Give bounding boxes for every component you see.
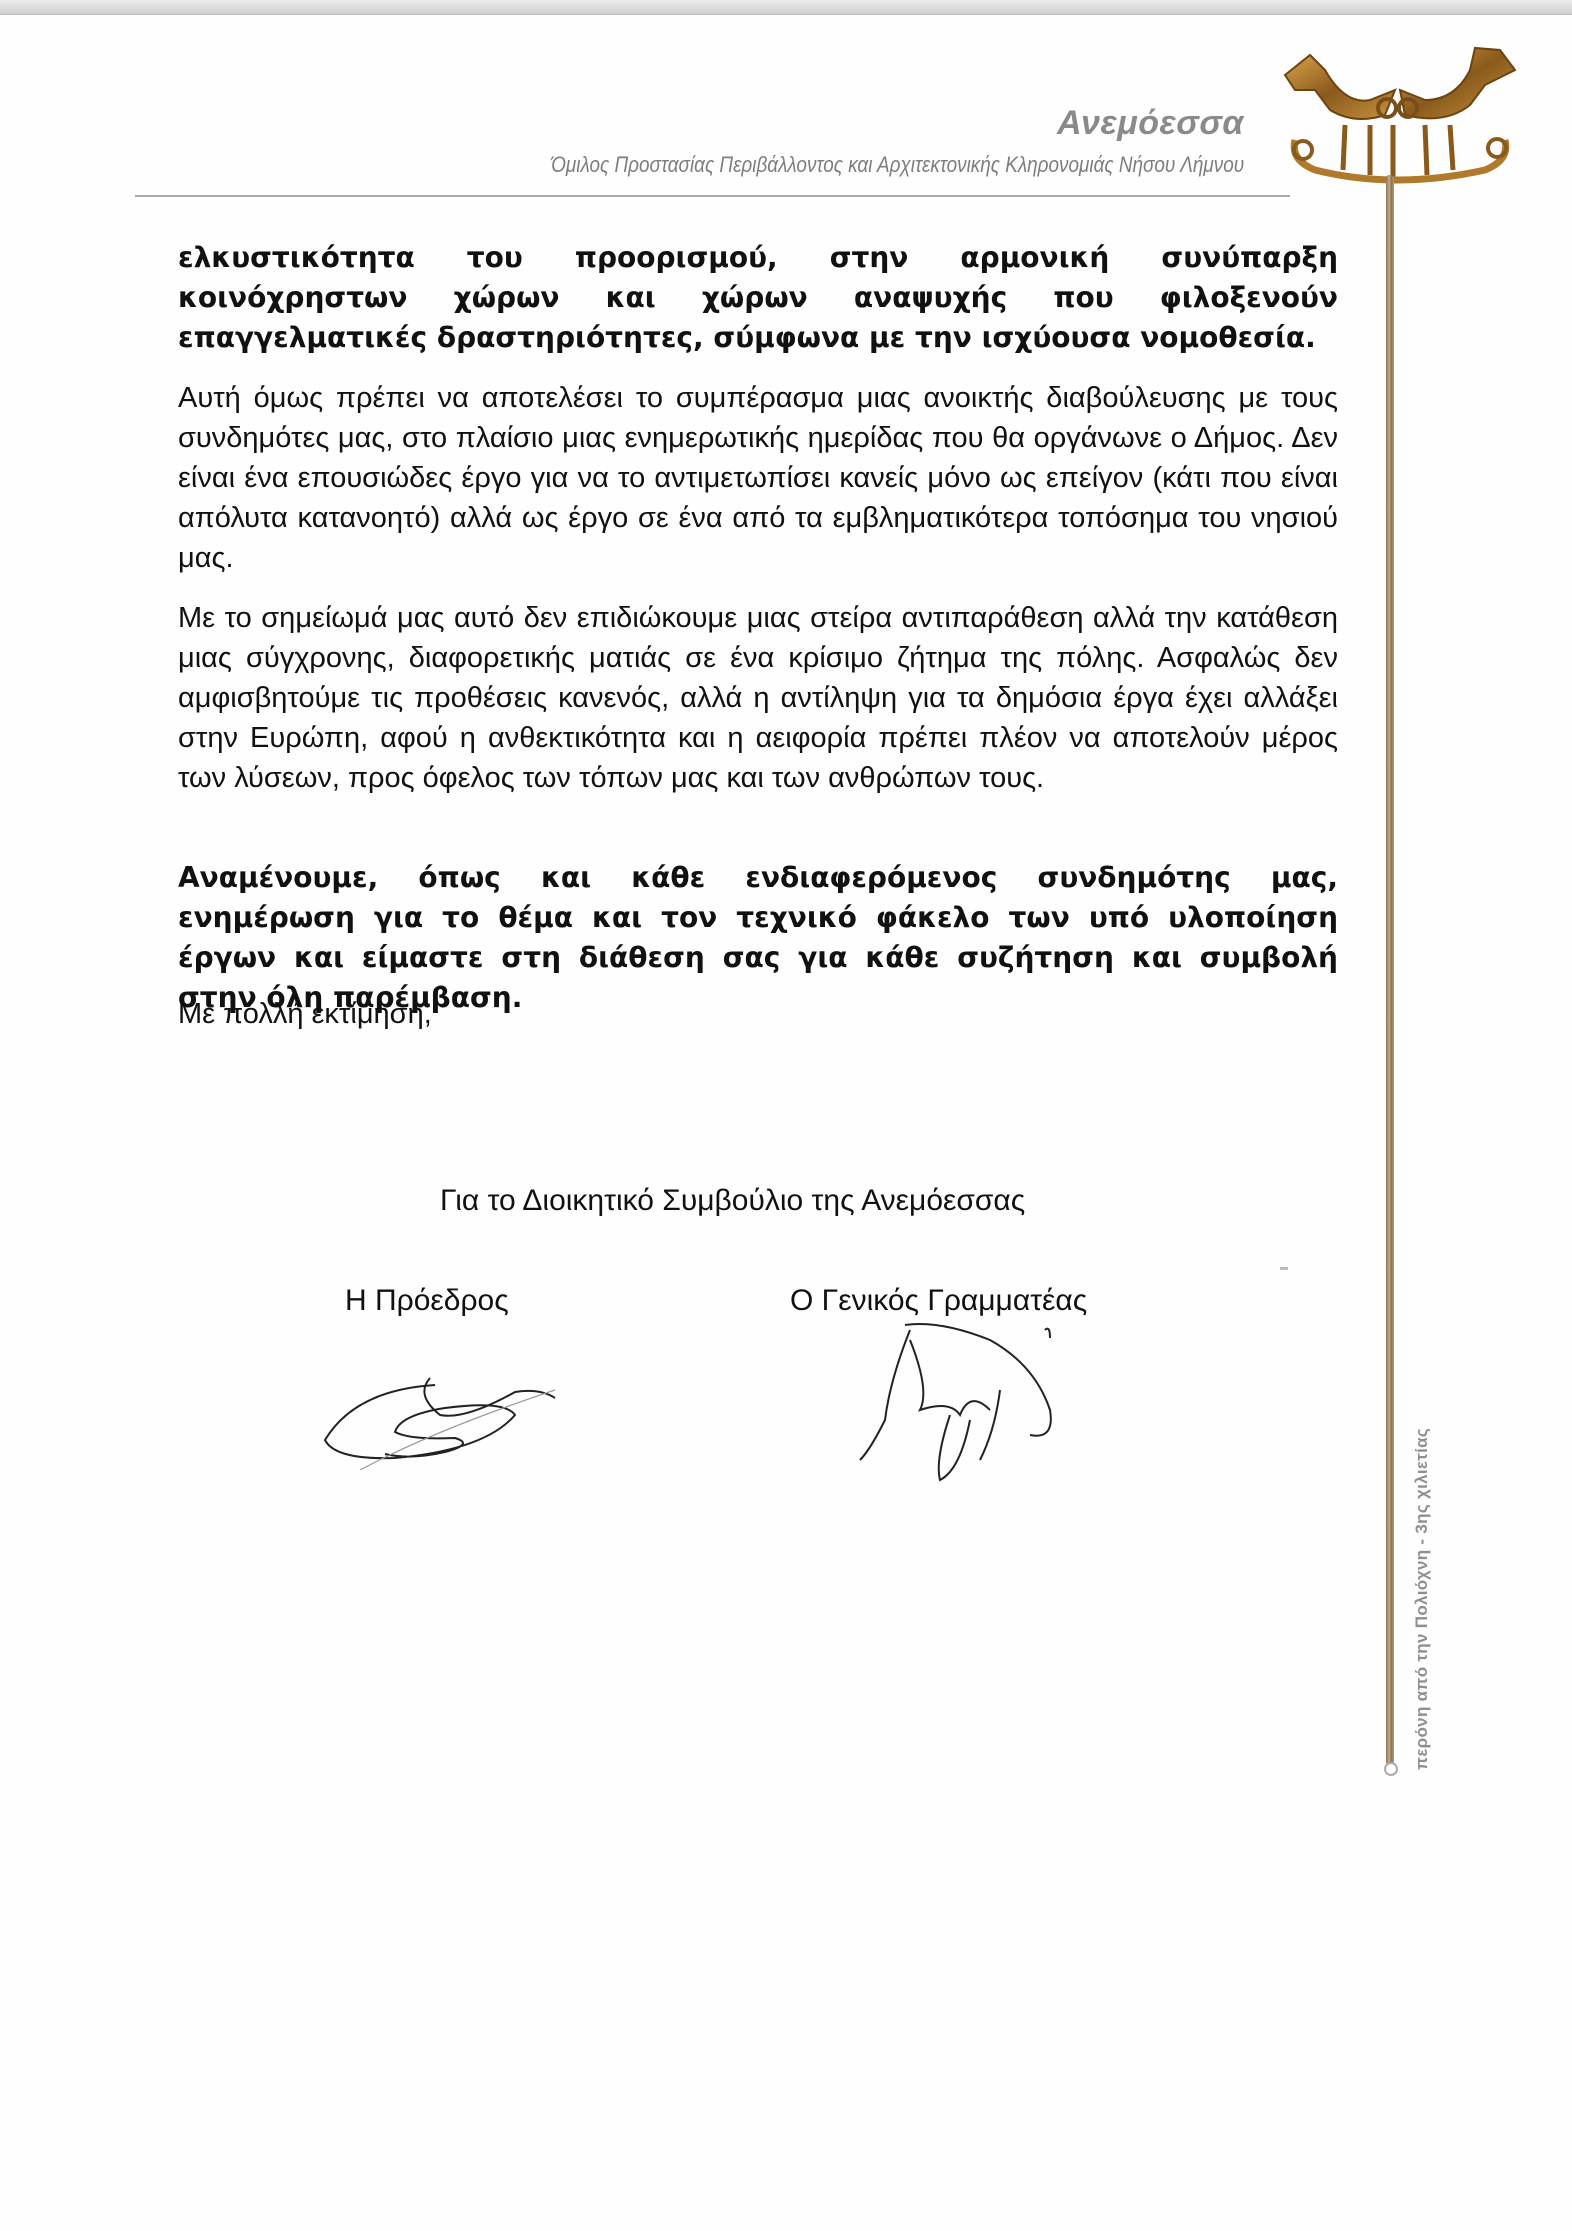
secretary-signature-icon (850, 1320, 1090, 1490)
closing-salutation: Με πολλή εκτίμηση, (178, 998, 432, 1031)
header-divider (135, 195, 1290, 197)
scan-speck (1280, 1267, 1288, 1270)
pin-caption: περόνη από την Πολιόχνη - 3ης χιλιετίας (1412, 1340, 1432, 1770)
ancient-bronze-pin-boat-icon (1275, 30, 1525, 200)
paragraph-4: Αναμένουμε, όπως και κάθε ενδιαφερόμενος… (178, 858, 1338, 1018)
paragraph-text: Με το σημείωμά μας αυτό δεν επιδιώκουμε … (178, 598, 1338, 798)
paragraph-text: Αναμένουμε, όπως και κάθε ενδιαφερόμενος… (178, 858, 1338, 1018)
paragraph-1: ελκυστικότητα του προορισμού, στην αρμον… (178, 238, 1338, 358)
president-role: Η Πρόεδρος (345, 1284, 509, 1318)
paragraph-text: ελκυστικότητα του προορισμού, στην αρμον… (178, 238, 1338, 358)
board-line: Για το Διοικητικό Συμβούλιο της Ανεμόεσσ… (440, 1184, 1025, 1218)
secretary-role: Ο Γενικός Γραμματέας (790, 1284, 1087, 1318)
pin-end-ring (1384, 1762, 1398, 1776)
viewer-top-edge (0, 0, 1572, 15)
organization-subtitle: Όμιλος Προστασίας Περιβάλλοντος και Αρχι… (551, 152, 1244, 178)
bronze-pin-shaft (1386, 175, 1394, 1765)
paragraph-3: Με το σημείωμά μας αυτό δεν επιδιώκουμε … (178, 598, 1338, 798)
paragraph-2: Αυτή όμως πρέπει να αποτελέσει το συμπέρ… (178, 378, 1338, 578)
paragraph-text: Αυτή όμως πρέπει να αποτελέσει το συμπέρ… (178, 378, 1338, 578)
president-signature-icon (315, 1360, 575, 1470)
organization-name: Ανεμόεσσα (1057, 104, 1244, 143)
